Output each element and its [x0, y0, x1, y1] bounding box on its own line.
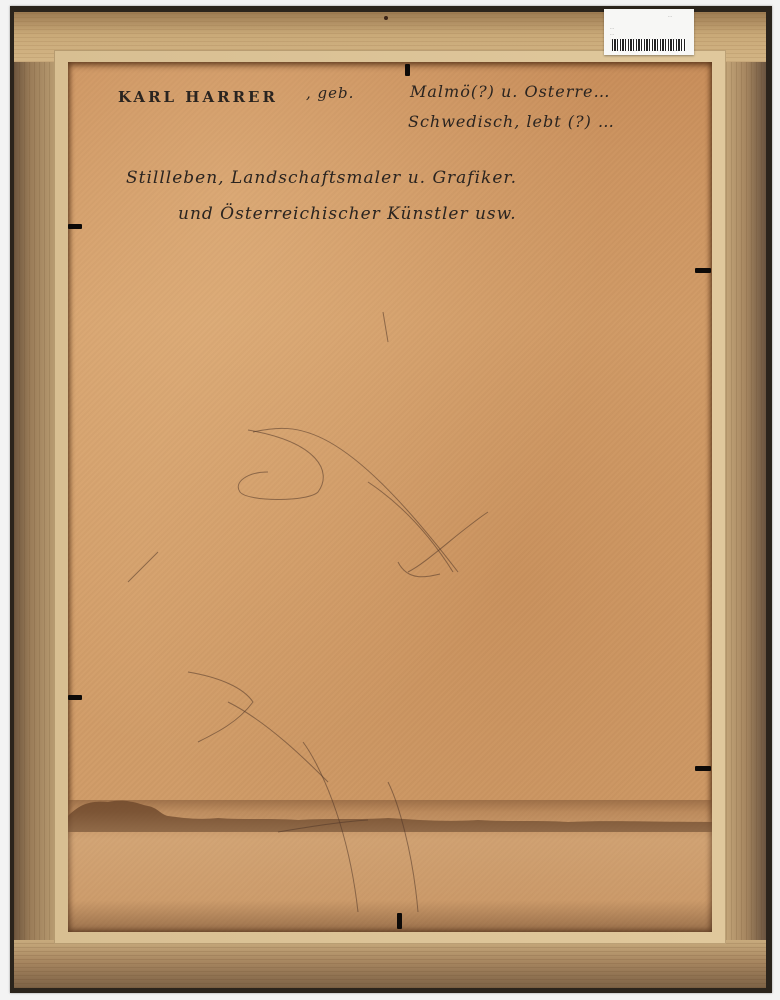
inscription-line3: Stillleben, Landschaftsmaler u. Grafiker…	[126, 168, 517, 188]
frame-rail-bottom	[14, 940, 766, 988]
clip-top-icon	[405, 64, 410, 76]
nail-hole-icon	[384, 16, 388, 20]
clip-bottom-icon	[397, 913, 402, 929]
inscription-line2: Schwedisch, lebt (?) …	[408, 112, 615, 131]
label-line-b: …	[610, 31, 614, 36]
clip-left-lower-icon	[68, 695, 82, 700]
inscription-line4: und Österreichischer Künstler usw.	[178, 204, 517, 224]
barcode-icon	[612, 39, 686, 51]
inventory-label: … … …	[604, 9, 694, 55]
clip-right-upper-icon	[695, 268, 711, 273]
inscription-artist-name: KARL HARRER	[118, 88, 278, 106]
hardboard-back: KARL HARRER , geb. Malmö(?) u. Osterre… …	[68, 62, 712, 932]
inscription-line1-place: Malmö(?) u. Osterre…	[410, 82, 610, 101]
clip-left-upper-icon	[68, 224, 82, 229]
frame-rail-left	[14, 12, 54, 988]
frame-rail-right	[726, 12, 766, 988]
label-code: …	[668, 13, 672, 18]
inscription-line1-born: , geb.	[306, 84, 354, 102]
pencil-scribbles	[68, 62, 712, 932]
clip-right-lower-icon	[695, 766, 711, 771]
label-line-a: …	[610, 25, 614, 30]
